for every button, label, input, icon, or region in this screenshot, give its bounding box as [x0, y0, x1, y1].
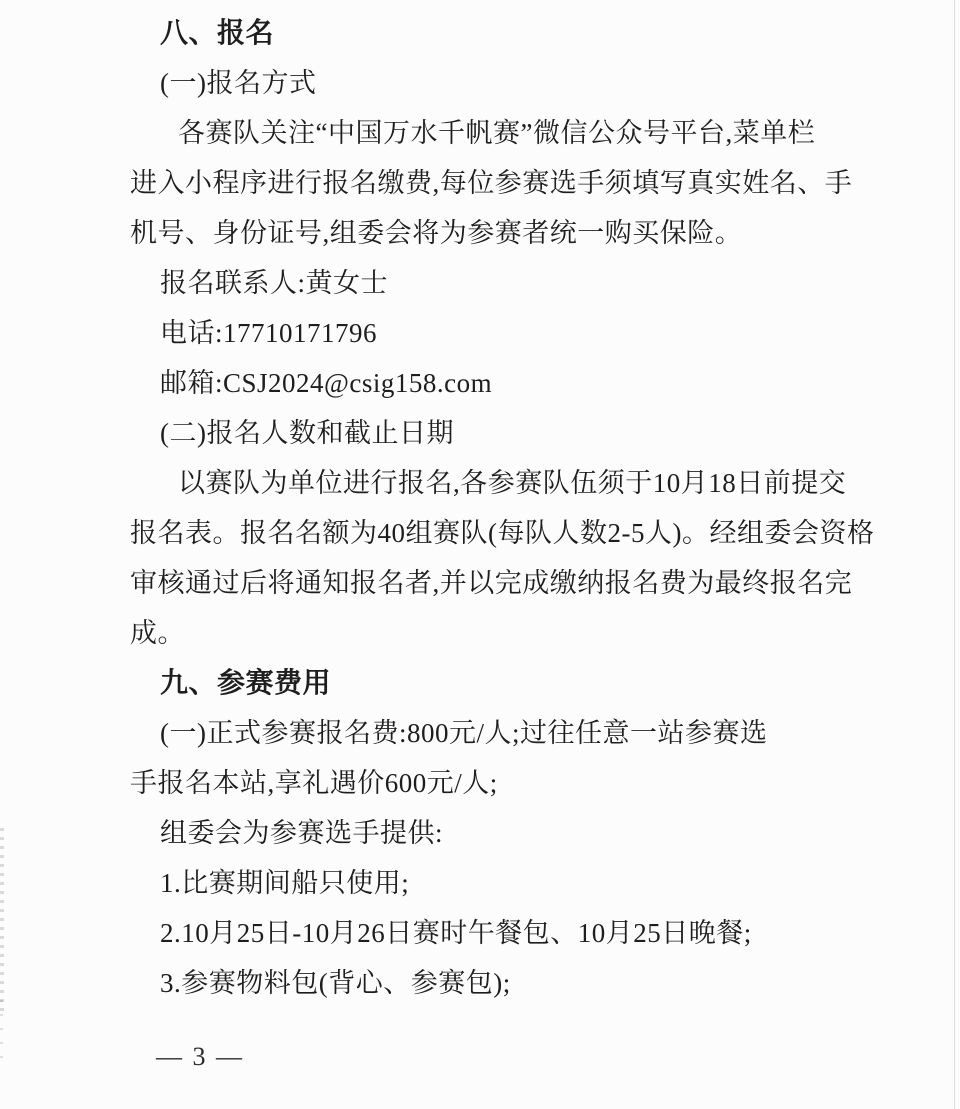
scan-artifact-left	[0, 828, 4, 1013]
text-line: 1.比赛期间船只使用;	[130, 858, 960, 908]
section-heading: 八、报名	[130, 8, 960, 58]
text-line: 成。	[130, 608, 960, 658]
text-line: (一)正式参赛报名费:800元/人;过往任意一站参赛选	[130, 708, 960, 758]
document-body: 八、报名(一)报名方式各赛队关注“中国万水千帆赛”微信公众号平台,菜单栏进入小程…	[130, 8, 960, 1008]
section-heading: 九、参赛费用	[130, 658, 960, 708]
scan-edge-line	[954, 0, 955, 1109]
page-number: — 3 —	[156, 1042, 244, 1072]
scan-artifact-left-secondary	[0, 1000, 3, 1060]
text-line: 邮箱:CSJ2024@csig158.com	[130, 358, 960, 408]
text-line: 以赛队为单位进行报名,各参赛队伍须于10月18日前提交	[130, 458, 960, 508]
document-page: 八、报名(一)报名方式各赛队关注“中国万水千帆赛”微信公众号平台,菜单栏进入小程…	[0, 0, 960, 1109]
text-line: 报名联系人:黄女士	[130, 258, 960, 308]
text-line: 2.10月25日-10月26日赛时午餐包、10月25日晚餐;	[130, 908, 960, 958]
text-line: 各赛队关注“中国万水千帆赛”微信公众号平台,菜单栏	[130, 108, 960, 158]
text-line: 进入小程序进行报名缴费,每位参赛选手须填写真实姓名、手	[130, 158, 960, 208]
text-line: 审核通过后将通知报名者,并以完成缴纳报名费为最终报名完	[130, 558, 960, 608]
text-line: (二)报名人数和截止日期	[130, 408, 960, 458]
text-line: 机号、身份证号,组委会将为参赛者统一购买保险。	[130, 208, 960, 258]
text-line: 组委会为参赛选手提供:	[130, 808, 960, 858]
text-line: 3.参赛物料包(背心、参赛包);	[130, 958, 960, 1008]
text-line: 手报名本站,享礼遇价600元/人;	[130, 758, 960, 808]
text-line: 报名表。报名名额为40组赛队(每队人数2-5人)。经组委会资格	[130, 508, 960, 558]
text-line: (一)报名方式	[130, 58, 960, 108]
text-line: 电话:17710171796	[130, 308, 960, 358]
